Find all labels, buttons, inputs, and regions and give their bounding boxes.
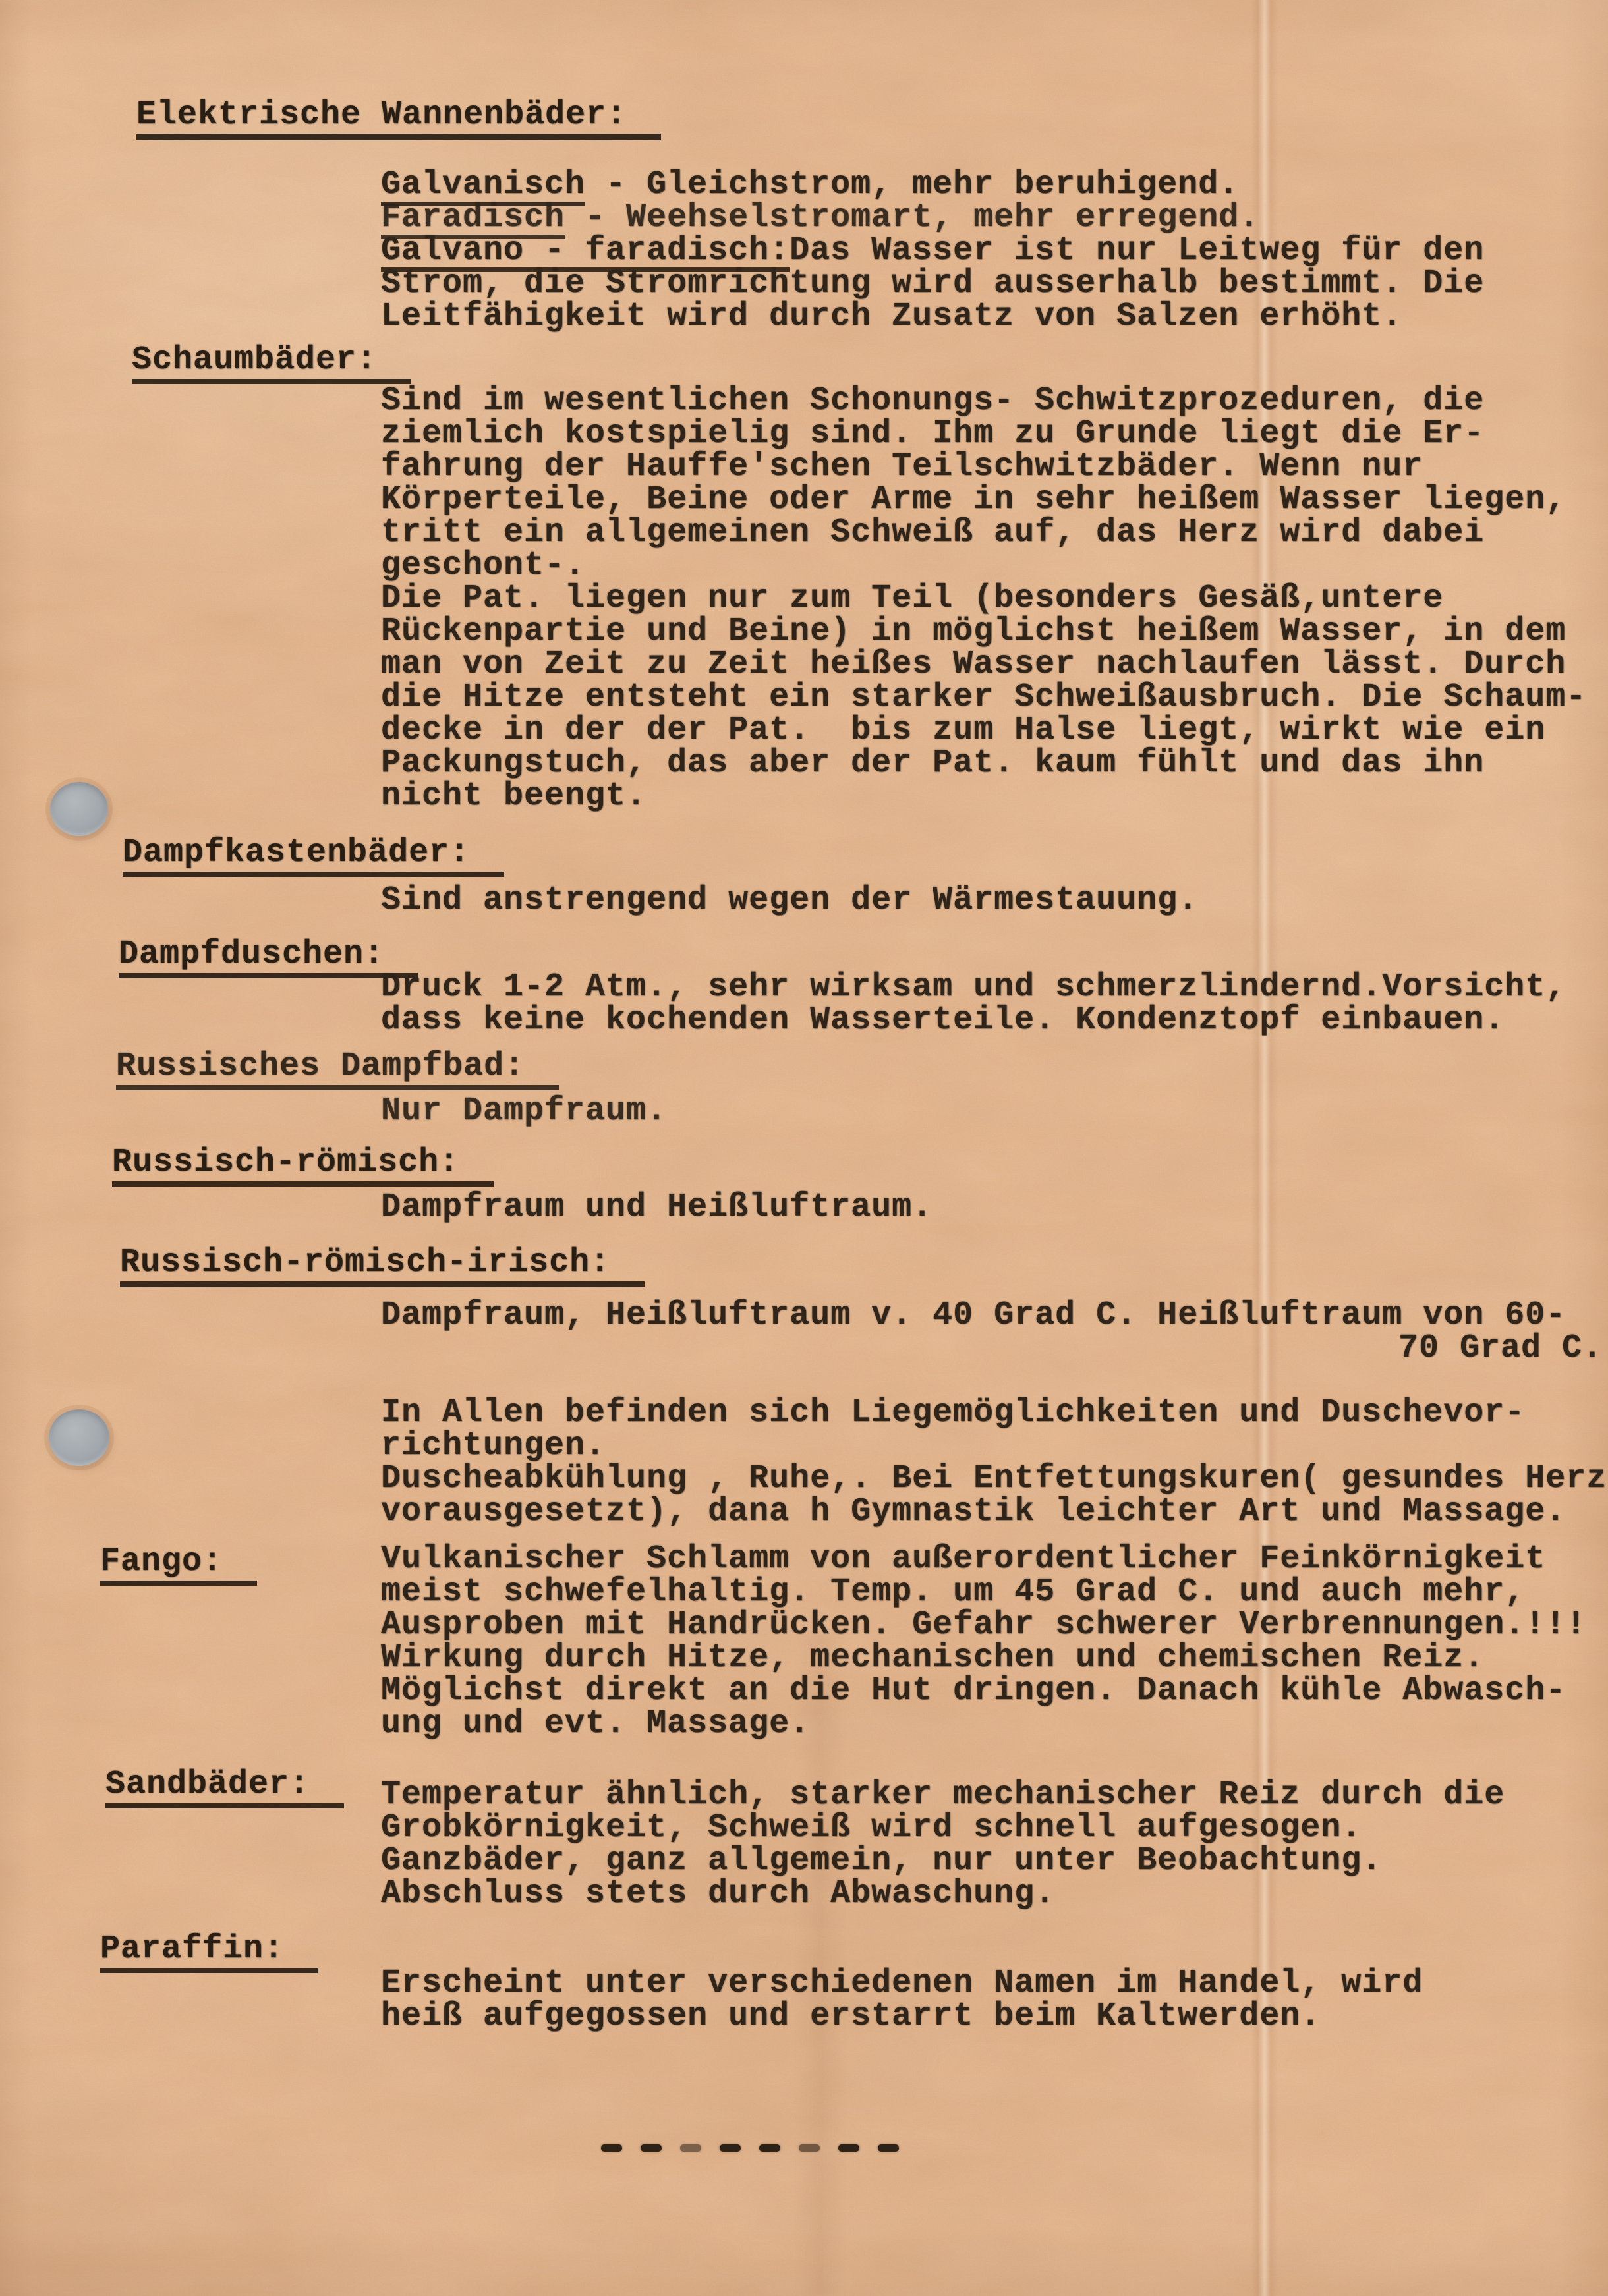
text-run: decke in der der Pat. bis zum Halse lieg… xyxy=(381,712,1545,749)
text-run: 70 Grad C. xyxy=(1398,1330,1603,1367)
text-line: geschont-. xyxy=(381,549,585,582)
text-run: Ausproben mit Handrücken. Gefahr schwere… xyxy=(381,1606,1586,1644)
text-line: Duscheabkühlung , Ruhe,. Bei Entfettungs… xyxy=(381,1463,1607,1496)
text-line: Körperteile, Beine oder Arme in sehr hei… xyxy=(381,484,1566,517)
section-heading: Sandbäder: xyxy=(105,1768,344,1808)
text-run: Möglichst direkt an die Hut dringen. Dan… xyxy=(381,1672,1566,1710)
text-run: fahrung der Hauffe'schen Teilschwitzbäde… xyxy=(381,448,1423,486)
dash-mark xyxy=(799,2144,820,2152)
text-line: Vulkanischer Schlamm von außerordentlich… xyxy=(381,1543,1545,1576)
dash-mark xyxy=(759,2144,780,2152)
section-heading: Russisches Dampfbad: xyxy=(116,1050,559,1090)
text-line: 70 Grad C. xyxy=(1398,1332,1603,1365)
text-line: ziemlich kostspielig sind. Ihm zu Grunde… xyxy=(381,418,1484,451)
text-run: Wirkung durch Hitze, mechanischen und ch… xyxy=(381,1639,1484,1677)
text-run: dass keine kochenden Wasserteile. Konden… xyxy=(381,1001,1505,1039)
text-line: decke in der der Pat. bis zum Halse lieg… xyxy=(381,714,1545,747)
hole-punch xyxy=(50,782,108,836)
text-run: Dampfraum, Heißluftraum v. 40 Grad C. He… xyxy=(381,1297,1566,1334)
section-heading-label: Elektrische Wannenbäder: xyxy=(136,99,661,140)
text-run: meist schwefelhaltig. Temp. um 45 Grad C… xyxy=(381,1573,1525,1611)
dash-mark xyxy=(720,2144,741,2152)
text-run: Vulkanischer Schlamm von außerordentlich… xyxy=(381,1540,1545,1578)
text-run: In Allen befinden sich Liegemöglichkeite… xyxy=(381,1394,1525,1432)
text-run: Grobkörnigkeit, Schweiß wird schnell auf… xyxy=(381,1809,1362,1847)
text-run: Duscheabkühlung , Ruhe,. Bei Entfettungs… xyxy=(381,1460,1607,1498)
text-run: Nur Dampfraum. xyxy=(381,1092,667,1130)
dash-mark xyxy=(601,2144,622,2152)
text-line: richtungen. xyxy=(381,1430,606,1463)
dash-mark xyxy=(878,2144,899,2152)
text-line: meist schwefelhaltig. Temp. um 45 Grad C… xyxy=(381,1576,1525,1609)
scanned-typewritten-page: { "page": { "kind": "scanned typewritten… xyxy=(0,0,1608,2296)
dash-mark xyxy=(641,2144,662,2152)
section-heading-label: Dampfduschen: xyxy=(119,938,418,978)
text-run: richtungen. xyxy=(381,1427,606,1465)
text-run: Sind anstrengend wegen der Wärmestauung. xyxy=(381,882,1198,919)
section-heading-label: Sandbäder: xyxy=(105,1768,344,1808)
text-run: Leitfähigkeit wird durch Zusatz von Salz… xyxy=(381,298,1402,335)
text-run: Körperteile, Beine oder Arme in sehr hei… xyxy=(381,481,1566,518)
text-line: dass keine kochenden Wasserteile. Konden… xyxy=(381,1004,1505,1037)
text-line: Sind im wesentlichen Schonungs- Schwitzp… xyxy=(381,385,1484,418)
text-line: Dampfraum, Heißluftraum v. 40 Grad C. He… xyxy=(381,1299,1566,1332)
section-heading-label: Dampfkastenbäder: xyxy=(123,837,504,877)
text-line: Strom, die Stromrichtung wird ausserhalb… xyxy=(381,267,1484,300)
text-line: Die Pat. liegen nur zum Teil (besonders … xyxy=(381,582,1443,615)
text-line: vorausgesetzt), dana h Gymnastik leichte… xyxy=(381,1496,1566,1528)
text-line: Nur Dampfraum. xyxy=(381,1095,667,1128)
section-heading-label: Fango: xyxy=(100,1546,257,1586)
text-run: Ganzbäder, ganz allgemein, nur unter Beo… xyxy=(381,1842,1382,1880)
section-heading-label: Schaumbäder: xyxy=(132,344,411,384)
text-run: Erscheint unter verschiedenen Namen im H… xyxy=(381,1965,1423,2002)
text-line: Dampfraum und Heißluftraum. xyxy=(381,1191,933,1224)
dash-mark xyxy=(838,2144,859,2152)
section-heading-label: Russisch-römisch: xyxy=(112,1146,494,1187)
section-heading: Elektrische Wannenbäder: xyxy=(136,99,661,140)
text-run: - Gleichstrom, mehr beruhigend. xyxy=(585,166,1239,204)
text-line: ung und evt. Massage. xyxy=(381,1708,810,1741)
text-line: Temperatur ähnlich, starker mechanischer… xyxy=(381,1779,1505,1812)
section-heading: Schaumbäder: xyxy=(132,344,411,384)
hole-punch xyxy=(49,1409,109,1466)
text-run: Dampfraum und Heißluftraum. xyxy=(381,1189,933,1226)
text-run: Das Wasser ist nur Leitweg für den xyxy=(790,232,1484,269)
section-heading-label: Paraffin: xyxy=(100,1933,318,1973)
section-heading-label: Russisches Dampfbad: xyxy=(116,1050,559,1090)
text-line: In Allen befinden sich Liegemöglichkeite… xyxy=(381,1397,1525,1430)
text-run: Rückenpartie und Beine) in möglichst hei… xyxy=(381,613,1566,650)
text-line: Sind anstrengend wegen der Wärmestauung. xyxy=(381,884,1198,917)
text-run: ziemlich kostspielig sind. Ihm zu Grunde… xyxy=(381,415,1484,453)
text-line: Packungstuch, das aber der Pat. kaum füh… xyxy=(381,747,1484,780)
text-run: Abschluss stets durch Abwaschung. xyxy=(381,1875,1055,1913)
text-run: die Hitze entsteht ein starker Schweißau… xyxy=(381,679,1586,716)
section-heading: Dampfduschen: xyxy=(119,938,418,978)
text-run: - Weehselstromart, mehr erregend. xyxy=(565,199,1259,237)
section-heading: Dampfkastenbäder: xyxy=(123,837,504,877)
text-line: heiß aufgegossen und erstarrt beim Kaltw… xyxy=(381,2000,1321,2033)
text-line: Wirkung durch Hitze, mechanischen und ch… xyxy=(381,1642,1484,1675)
section-heading-label: Russisch-römisch-irisch: xyxy=(120,1246,645,1287)
text-line: nicht beengt. xyxy=(381,780,646,813)
text-run: tritt ein allgemeinen Schweiß auf, das H… xyxy=(381,514,1484,551)
text-line: Abschluss stets durch Abwaschung. xyxy=(381,1878,1055,1911)
text-run: geschont-. xyxy=(381,547,585,584)
text-run: Packungstuch, das aber der Pat. kaum füh… xyxy=(381,744,1484,782)
text-line: fahrung der Hauffe'schen Teilschwitzbäde… xyxy=(381,451,1423,484)
section-heading: Russisch-römisch: xyxy=(112,1146,494,1187)
text-run: ung und evt. Massage. xyxy=(381,1705,810,1743)
text-line: die Hitze entsteht ein starker Schweißau… xyxy=(381,681,1586,714)
text-line: Ganzbäder, ganz allgemein, nur unter Beo… xyxy=(381,1845,1382,1878)
text-run: vorausgesetzt), dana h Gymnastik leichte… xyxy=(381,1493,1566,1530)
text-line: Grobkörnigkeit, Schweiß wird schnell auf… xyxy=(381,1812,1362,1845)
text-run: Strom, die Stromrichtung wird ausserhalb… xyxy=(381,265,1484,302)
section-heading: Fango: xyxy=(100,1546,257,1586)
text-run: nicht beengt. xyxy=(381,777,646,815)
text-line: Ausproben mit Handrücken. Gefahr schwere… xyxy=(381,1609,1586,1642)
vertical-fold-crease xyxy=(1251,0,1278,2296)
text-run: man von Zeit zu Zeit heißes Wasser nachl… xyxy=(381,646,1566,683)
text-line: tritt ein allgemeinen Schweiß auf, das H… xyxy=(381,517,1484,549)
text-run: Temperatur ähnlich, starker mechanischer… xyxy=(381,1776,1505,1814)
text-run: Druck 1-2 Atm., sehr wirksam und schmerz… xyxy=(381,968,1566,1006)
text-line: Leitfähigkeit wird durch Zusatz von Salz… xyxy=(381,300,1402,333)
text-run: Sind im wesentlichen Schonungs- Schwitzp… xyxy=(381,382,1484,420)
text-line: Druck 1-2 Atm., sehr wirksam und schmerz… xyxy=(381,971,1566,1004)
text-line: Möglichst direkt an die Hut dringen. Dan… xyxy=(381,1675,1566,1708)
text-run: Die Pat. liegen nur zum Teil (besonders … xyxy=(381,580,1443,617)
section-heading: Paraffin: xyxy=(100,1933,318,1973)
dash-mark xyxy=(680,2144,701,2152)
text-line: man von Zeit zu Zeit heißes Wasser nachl… xyxy=(381,648,1566,681)
section-heading: Russisch-römisch-irisch: xyxy=(120,1246,645,1287)
text-line: Erscheint unter verschiedenen Namen im H… xyxy=(381,1967,1423,2000)
text-run: heiß aufgegossen und erstarrt beim Kaltw… xyxy=(381,1998,1321,2035)
text-line: Rückenpartie und Beine) in möglichst hei… xyxy=(381,615,1566,648)
